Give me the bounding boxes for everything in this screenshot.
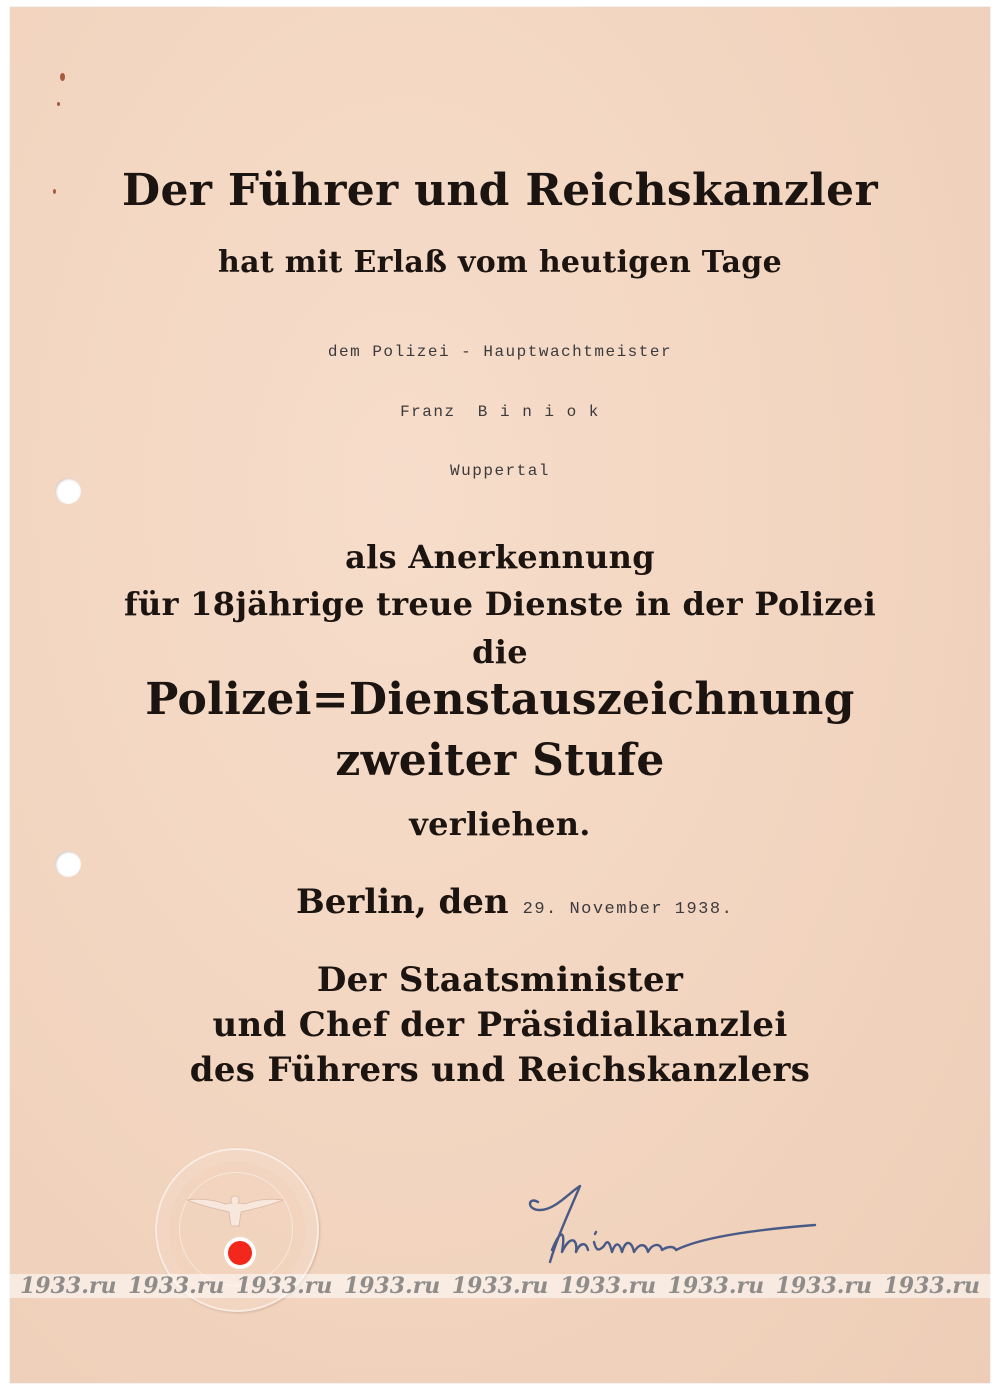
body-line-recognition: als Anerkennung bbox=[0, 538, 1000, 576]
signatory-line-3: des Führers und Reichskanzlers bbox=[0, 1050, 1000, 1090]
dateline: Berlin, den29. November 1938. bbox=[296, 882, 733, 922]
award-title: Polizei=Dienstauszeichnung bbox=[0, 674, 1000, 725]
recipient-rank: dem Polizei - Hauptwachtmeister bbox=[0, 343, 1000, 361]
red-dot-marker bbox=[228, 1241, 252, 1265]
rust-stain bbox=[60, 73, 65, 81]
watermark-text: 1933.ru bbox=[668, 1273, 764, 1299]
recipient-name: Franz B i n i o k bbox=[0, 403, 1000, 421]
seal-center-disc bbox=[224, 1237, 256, 1269]
dateline-date: 29. November 1938. bbox=[523, 900, 734, 919]
watermark-text: 1933.ru bbox=[20, 1273, 116, 1299]
watermark-text: 1933.ru bbox=[560, 1273, 656, 1299]
watermark-text: 1933.ru bbox=[344, 1273, 440, 1299]
signatory-line-2: und Chef der Präsidialkanzlei bbox=[0, 1005, 1000, 1045]
document-heading: Der Führer und Reichskanzler bbox=[0, 165, 1000, 216]
watermark-text: 1933.ru bbox=[236, 1273, 332, 1299]
watermark-text: 1933.ru bbox=[884, 1273, 980, 1299]
body-line-conferred: verliehen. bbox=[0, 805, 1000, 843]
body-line-article: die bbox=[0, 633, 1000, 671]
signatory-line-1: Der Staatsminister bbox=[0, 960, 1000, 1000]
body-line-service: für 18jährige treue Dienste in der Poliz… bbox=[0, 585, 1000, 623]
watermark-text: 1933.ru bbox=[452, 1273, 548, 1299]
watermark-text: 1933.ru bbox=[776, 1273, 872, 1299]
document-subheading: hat mit Erlaß vom heutigen Tage bbox=[0, 245, 1000, 280]
award-grade: zweiter Stufe bbox=[0, 735, 1000, 786]
recipient-city: Wuppertal bbox=[0, 462, 1000, 480]
watermark-text: 1933.ru bbox=[128, 1273, 224, 1299]
rust-stain bbox=[57, 102, 60, 106]
dateline-place: Berlin, den bbox=[296, 882, 509, 922]
signature-meissner bbox=[500, 1180, 830, 1270]
watermark-band: 1933.ru 1933.ru 1933.ru 1933.ru 1933.ru … bbox=[0, 1274, 1000, 1298]
punch-hole-bottom bbox=[55, 851, 81, 877]
punch-hole-top bbox=[55, 478, 81, 504]
eagle-seal-icon bbox=[185, 1190, 285, 1230]
